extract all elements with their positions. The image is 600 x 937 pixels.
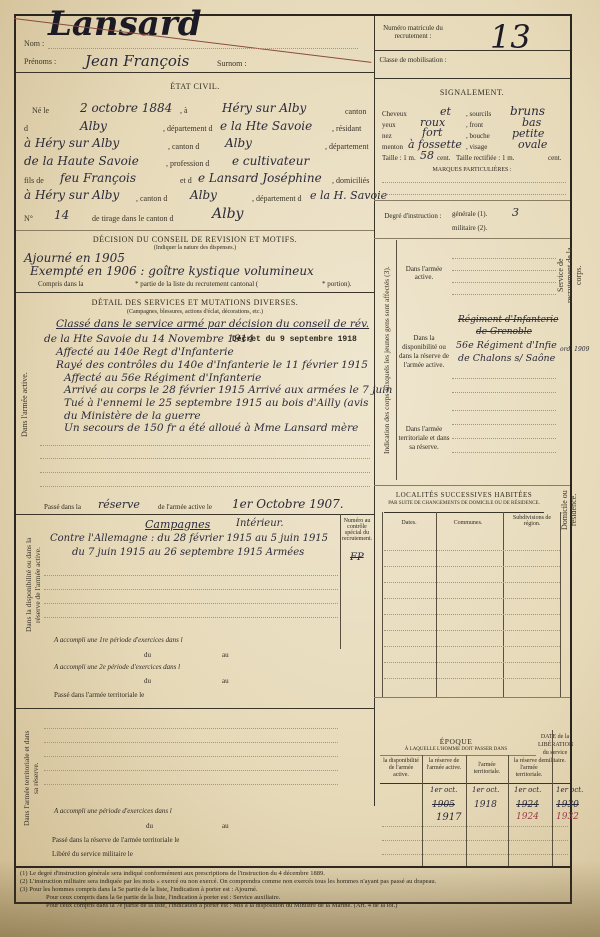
liberation-day: 1er oct. — [556, 786, 583, 794]
matricule-label: Numéro matricule du recrutement : — [378, 24, 448, 40]
menton-label: menton — [382, 143, 403, 151]
parents-domicile: à Héry sur Alby — [24, 188, 119, 202]
compris-end: * portion). — [322, 280, 352, 288]
service-line: Affecté au 56e Régiment d'Infanterie — [64, 372, 261, 384]
service-line: Tué à l'ennemi le 25 septembre 1915 au b… — [64, 397, 369, 409]
campagnes-title: Campagnes — [145, 518, 210, 531]
compris-mid: * partie de la liste du recrutement cant… — [135, 280, 258, 288]
reserve-line-2: de Chalons s/ Saône — [458, 353, 555, 364]
epoque-col-disponibilite: la disponibilité de l'armée active. — [382, 758, 420, 779]
corps-margin-label: Service de recrutement de la corps. — [556, 245, 583, 305]
decision-line-2: Exempté en 1906 : goître kystique volumi… — [30, 264, 314, 278]
footnote: (2) L'instruction militaire sera indiqué… — [20, 878, 570, 886]
decret-stamp: Décret du 9 septembre 1918 — [232, 335, 357, 344]
periode1-du: du — [144, 651, 151, 659]
birth-departement: e la Hte Savoie — [220, 119, 312, 133]
campagnes-line-1: Contre l'Allemagne : du 28 février 1915 … — [50, 533, 328, 544]
localites-subtitle: PAR SUITE DE CHANGEMENTS DE DOMICILE OU … — [374, 501, 554, 506]
generale-label: générale (1). — [452, 210, 487, 218]
birth-canton: Alby — [80, 119, 107, 133]
generale-value: 3 — [512, 206, 519, 219]
periode1-label: A accompli une 1re période d'exercices d… — [54, 636, 183, 644]
service-line: Arrivé au corps le 28 février 1915 Arriv… — [64, 384, 392, 396]
taille-value: 58 — [420, 149, 434, 162]
taille-label: Taille : 1 m. — [382, 154, 416, 162]
residence-commune: à Héry sur Alby — [24, 136, 119, 150]
footnote: (1) Le degré d'instruction générale sera… — [20, 870, 570, 878]
degre-label: Degré d'instruction : — [378, 212, 448, 220]
taille-rectifiee-label: Taille rectifiée : 1 m. — [456, 154, 514, 162]
a-label: , à — [180, 106, 188, 115]
epoque-reserve-territoriale-struck: 1924 — [516, 800, 539, 810]
sourcils-label: , sourcils — [466, 110, 491, 118]
canton3-label: , canton d — [136, 194, 167, 203]
numero-header: Numéro au contrôle spécial du recrutemen… — [342, 518, 372, 542]
d-label: d — [24, 124, 28, 133]
localites-col-communes: Communes. — [438, 520, 498, 526]
territoriale-du: du — [146, 822, 153, 830]
marques-label: MARQUES PARTICULIÈRES : — [374, 167, 570, 173]
nez-label: nez — [382, 132, 392, 140]
epoque-territoriale-day: 1er oct. — [472, 786, 499, 794]
territoriale-periode-label: A accompli une période d'exercices dans … — [54, 807, 172, 815]
periode2-au: au — [222, 677, 229, 685]
passe-reserve-territoriale-label: Passé dans la réserve de l'armée territo… — [52, 836, 179, 844]
service-line: de la Hte Savoie du 14 Novembre 1914 — [44, 333, 254, 345]
localites-col-domicile: Domicile ou résidence. — [560, 490, 578, 530]
residant-label: , résidant — [332, 124, 361, 133]
service-line: Affecté au 140e Regt d'Infanterie — [56, 346, 234, 358]
prenoms-label: Prénoms : — [24, 57, 56, 66]
liberation-struck: 1930 — [556, 800, 579, 810]
passe-date: 1er Octobre 1907. — [232, 497, 344, 511]
footnotes: (1) Le degré d'instruction générale sera… — [20, 870, 570, 910]
tirage-no-label: N° — [24, 214, 33, 223]
service-line: Rayé des contrôles du 140e d'Infanterie … — [56, 359, 368, 371]
reserve-line-1: 56e Régiment d'Infie — [456, 340, 557, 351]
taille-cent: cent. — [437, 154, 450, 162]
corps-reserve-label: Dans la disponibilité ou dans la réserve… — [398, 334, 450, 370]
libere-label: Libéré du service militaire le — [52, 850, 133, 858]
birth-date: 2 octobre 1884 — [80, 101, 172, 115]
decision-line-1: Ajourné en 1905 — [24, 251, 125, 265]
profession-label: , profession d — [166, 159, 209, 168]
services-subtitle: (Campagnes, blessures, actions d'éclat, … — [16, 309, 374, 315]
epoque-territoriale-new: 1918 — [474, 800, 497, 810]
ne-le-label: Né le — [32, 106, 49, 115]
front-label: , front — [466, 121, 483, 129]
service-line: Classé dans le service armé par décision… — [56, 318, 369, 330]
periode2-du: du — [144, 677, 151, 685]
surnom-label: Surnom : — [217, 59, 247, 68]
fils-label: fils de — [24, 176, 44, 185]
reserve-struck-2: de Grenoble — [476, 327, 532, 337]
territoriale-au: au — [222, 822, 229, 830]
epoque-reserve-territoriale-day: 1er oct. — [514, 786, 541, 794]
departement-label: , département d — [163, 124, 213, 133]
register-sheet: Nom : Lansard Prénoms : Jean François Su… — [0, 0, 600, 937]
service-line: Un secours de 150 fr a été alloué à Mme … — [64, 422, 358, 434]
epoque-reserve-territoriale-new: 1924 — [516, 812, 539, 822]
bouche-label: , bouche — [466, 132, 490, 140]
epoque-subtitle: À LAQUELLE L'HOMME DOIT PASSER DANS — [376, 747, 536, 752]
services-side-label: Dans l'armée active. — [20, 330, 29, 480]
epoque-reserve-active-new: 1917 — [436, 812, 461, 823]
corps-territoriale-label: Dans l'armée territoriale et dans sa rés… — [398, 425, 450, 452]
prenoms-value: Jean François — [85, 52, 189, 70]
profession-value: e cultivateur — [232, 154, 309, 168]
passe-mid: de l'armée active le — [158, 503, 212, 511]
passe-value: réserve — [98, 498, 140, 511]
birth-place: Héry sur Alby — [222, 101, 306, 115]
service-line: du Ministère de la guerre — [64, 410, 201, 422]
compris-label: Compris dans la — [38, 280, 84, 288]
periode1-au: au — [222, 651, 229, 659]
parents-canton: Alby — [190, 188, 217, 202]
et-de-label: et d — [180, 176, 192, 185]
decision-title: DÉCISION DU CONSEIL DE REVISION ET MOTIF… — [16, 235, 374, 244]
residence-canton: Alby — [225, 136, 252, 150]
yeux-label: yeux — [382, 121, 396, 129]
numero-value: FP — [350, 552, 364, 563]
liberation-new: 1932 — [556, 812, 579, 822]
reserve-side-note: ord. 1909 — [560, 346, 589, 353]
departement2-label: , département — [325, 142, 369, 151]
localites-title: LOCALITÉS SUCCESSIVES HABITÉES — [374, 491, 554, 499]
signalement-title: SIGNALEMENT. — [374, 88, 570, 97]
nom-label: Nom : — [24, 39, 44, 48]
epoque-reserve-active-struck: 1905 — [432, 800, 455, 810]
visage-value: ovale — [518, 138, 547, 151]
footnote: Pour ceux compris dans la 7e partie de l… — [20, 902, 570, 910]
canton2-label: , canton d — [168, 142, 199, 151]
epoque-reserve-active-day: 1er oct. — [430, 786, 457, 794]
epoque-title: ÉPOQUE — [376, 737, 536, 746]
corps-side-label: Indication des corps auxquels les jeunes… — [382, 245, 391, 475]
cheveux-label: Cheveux — [382, 110, 407, 118]
campagnes-subtitle: Intérieur. — [236, 518, 284, 529]
periode2-label: A accompli une 2e période d'exercices da… — [54, 663, 180, 671]
localites-col-subdivisions: Subdivisions de région. — [506, 515, 558, 527]
taille-rectifiee-cent: cent. — [548, 154, 561, 162]
passe-territoriale-label: Passé dans l'armée territoriale le — [54, 691, 144, 699]
mother-name: e Lansard Joséphine — [198, 171, 322, 185]
territoriale-side-label: Dans l'armée territoriale et dans sa rés… — [22, 728, 40, 828]
domicilies-label: , domiciliés — [332, 176, 369, 185]
footnote: (3) Pour les hommes compris dans la 5e p… — [20, 886, 570, 894]
menton-value: à fossette — [408, 138, 462, 151]
campagnes-line-2: du 7 juin 1915 au 26 septembre 1915 Armé… — [72, 547, 304, 558]
localites-col-dates: Dates. — [384, 520, 434, 526]
passe-label: Passé dans la — [44, 503, 81, 511]
campagnes-side-label: Dans la disponibilité ou dans la réserve… — [24, 530, 42, 640]
epoque-col-reserve-territoriale: la réserve de l'armée territoriale. — [510, 758, 548, 779]
tirage-canton: Alby — [212, 206, 243, 222]
tirage-label: de tirage dans le canton d — [92, 214, 174, 223]
canton-label: canton — [345, 107, 366, 116]
father-name: feu François — [60, 171, 136, 185]
epoque-col-territoriale: l'armée territoriale. — [468, 762, 506, 776]
tirage-number: 14 — [54, 208, 69, 222]
classe-label: Classe de mobilisation : — [378, 56, 448, 64]
visage-label: , visage — [466, 143, 487, 151]
corps-active-label: Dans l'armée active. — [398, 265, 450, 281]
residence-departement: de la Haute Savoie — [24, 154, 139, 168]
epoque-col-reserve-active: la réserve de l'armée active. — [424, 758, 464, 772]
militaire-label: militaire (2). — [452, 224, 487, 232]
departement3-label: , département d — [252, 194, 302, 203]
etat-civil-title: ÉTAT CIVIL. — [16, 82, 374, 91]
services-title: DÉTAIL DES SERVICES ET MUTATIONS DIVERSE… — [16, 298, 374, 307]
footnote: Pour ceux compris dans la 6e partie de l… — [20, 894, 570, 902]
reserve-struck-1: Régiment d'Infanterie — [458, 315, 558, 325]
